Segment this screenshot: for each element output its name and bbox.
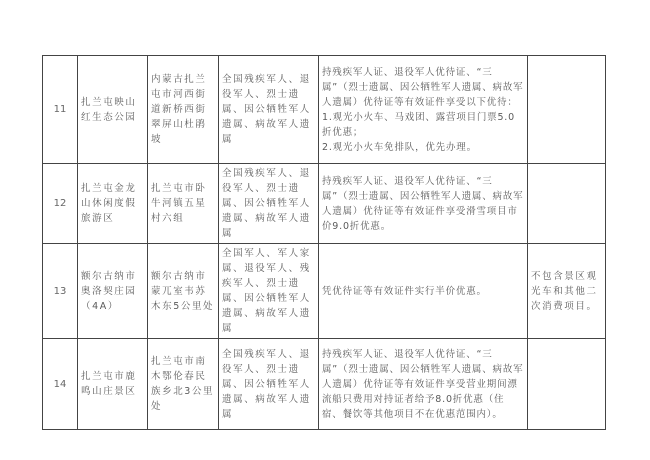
- site-name: 扎兰屯金龙山休闲度假旅游区: [78, 164, 148, 244]
- site-address: 扎兰屯市南木鄂伦春民族乡北3公里处: [148, 339, 219, 430]
- site-name: 额尔古纳市奥洛契庄园（4A）: [78, 244, 148, 339]
- remarks: [528, 56, 606, 164]
- row-number: 14: [43, 339, 78, 430]
- site-name: 扎兰屯市鹿鸣山庄景区: [78, 339, 148, 430]
- policy-line: 2.观光小火车免排队，优先办理。: [322, 140, 524, 155]
- policy-line: 持残疾军人证、退役军人优待证、“三属”（烈士遗属、因公牺牲军人遗属、病故军人遗属…: [322, 65, 524, 110]
- preferential-policy: 持残疾军人证、退役军人优待证、“三属”（烈士遗属、因公牺牲军人遗属、病故军人遗属…: [319, 164, 528, 244]
- remarks: [528, 339, 606, 430]
- site-address: 内蒙古扎兰屯市河西街道新桥西街翠屏山杜鹃坡: [148, 56, 219, 164]
- site-name: 扎兰屯映山红生态公园: [78, 56, 148, 164]
- table-row: 14 扎兰屯市鹿鸣山庄景区 扎兰屯市南木鄂伦春民族乡北3公里处 全国残疾军人、退…: [43, 339, 606, 430]
- policy-line: 1.观光小火车、马戏团、露营项目门票5.0折优惠；: [322, 110, 524, 140]
- preferential-policy: 凭优待证等有效证件实行半价优惠。: [319, 244, 528, 339]
- row-number: 12: [43, 164, 78, 244]
- policy-line: 持残疾军人证、退役军人优待证、“三属”（烈士遗属、因公牺牲军人遗属、病故军人遗属…: [322, 347, 524, 422]
- preferential-policy: 持残疾军人证、退役军人优待证、“三属”（烈士遗属、因公牺牲军人遗属、病故军人遗属…: [319, 339, 528, 430]
- policy-line: 持残疾军人证、退役军人优待证、“三属”（烈士遗属、因公牺牲军人遗属、病故军人遗属…: [322, 174, 524, 234]
- row-number: 11: [43, 56, 78, 164]
- eligible-groups: 全国军人、军人家属、退役军人、残疾军人、烈士遗属、因公牺牲军人遗属、病故军人遗属: [219, 244, 319, 339]
- row-number: 13: [43, 244, 78, 339]
- table-row: 13 额尔古纳市奥洛契庄园（4A） 额尔古纳市蒙兀室韦苏木东5公里处 全国军人、…: [43, 244, 606, 339]
- eligible-groups: 全国残疾军人、退役军人、烈士遗属、因公牺牲军人遗属、病故军人遗属: [219, 56, 319, 164]
- remarks: 不包含景区观光车和其他二次消费项目。: [528, 244, 606, 339]
- preferential-policy: 持残疾军人证、退役军人优待证、“三属”（烈士遗属、因公牺牲军人遗属、病故军人遗属…: [319, 56, 528, 164]
- remarks: [528, 164, 606, 244]
- eligible-groups: 全国残疾军人、退役军人、烈士遗属、因公牺牲军人遗属、病故军人遗属: [219, 164, 319, 244]
- eligible-groups: 全国残疾军人、退役军人、烈士遗属、因公牺牲军人遗属、病故军人遗属: [219, 339, 319, 430]
- site-address: 扎兰屯市卧牛河镇五星村六组: [148, 164, 219, 244]
- policy-line: 凭优待证等有效证件实行半价优惠。: [322, 284, 524, 299]
- preferential-sites-table: 11 扎兰屯映山红生态公园 内蒙古扎兰屯市河西街道新桥西街翠屏山杜鹃坡 全国残疾…: [42, 55, 606, 430]
- table-row: 12 扎兰屯金龙山休闲度假旅游区 扎兰屯市卧牛河镇五星村六组 全国残疾军人、退役…: [43, 164, 606, 244]
- site-address: 额尔古纳市蒙兀室韦苏木东5公里处: [148, 244, 219, 339]
- table-row: 11 扎兰屯映山红生态公园 内蒙古扎兰屯市河西街道新桥西街翠屏山杜鹃坡 全国残疾…: [43, 56, 606, 164]
